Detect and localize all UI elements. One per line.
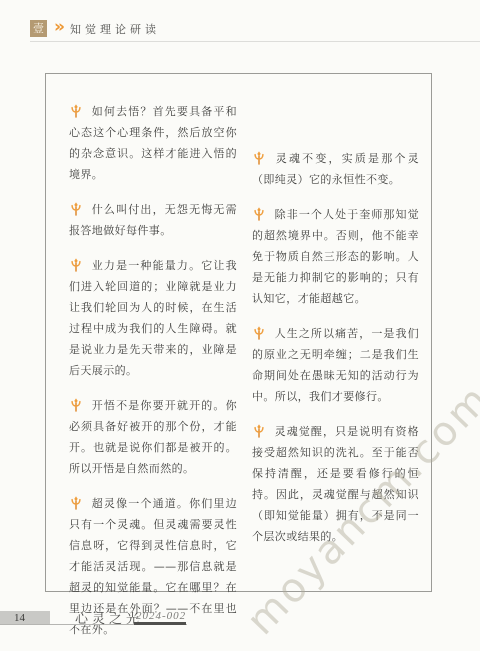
sprout-icon [70, 103, 82, 118]
paragraph-text: 如何去悟？首先要具备平和心态这个心理条件，然后放空你的杂念意识。这样才能进入悟的… [69, 105, 237, 181]
paragraph: 灵魂不变，实质是那个灵（即纯灵）它的永恒性不变。 [252, 148, 419, 190]
sprout-icon [253, 423, 265, 438]
content-frame: 如何去悟？首先要具备平和心态这个心理条件，然后放空你的杂念意识。这样才能进入悟的… [45, 73, 432, 592]
paragraph: 开悟不是你要开就开的。你必须具备好被开的那个份，才能开。也就是说你们都是被开的。… [69, 395, 237, 479]
sprout-icon [253, 325, 265, 340]
paragraph: 灵魂觉醒，只是说明有资格接受超然知识的洗礼。至于能否保持清醒，还是要看修行的恒持… [252, 421, 419, 547]
paragraph-text: 灵魂觉醒，只是说明有资格接受超然知识的洗礼。至于能否保持清醒，还是要看修行的恒持… [252, 425, 419, 543]
double-chevron-icon: » [54, 19, 63, 36]
left-column: 如何去悟？首先要具备平和心态这个心理条件，然后放空你的杂念意识。这样才能进入悟的… [69, 101, 237, 591]
paragraph-text: 业力是一种能量力。它让我们进入轮回道的；业障就是业力让我们轮回为人的时候，在生活… [69, 259, 237, 377]
issue-number: 2024-002 [136, 610, 186, 622]
sprout-icon [70, 201, 82, 216]
page-number-bar [0, 611, 50, 625]
sprout-icon [70, 495, 82, 510]
page-number: 14 [14, 611, 25, 625]
paragraph-text: 除非一个人处于奎师那知觉的超然境界中。否则，他不能幸免于物质自然三形态的影响。人… [252, 208, 419, 305]
paragraph: 如何去悟？首先要具备平和心态这个心理条件，然后放空你的杂念意识。这样才能进入悟的… [69, 101, 237, 185]
paragraph-text: 什么叫付出，无怨无悔无需报答地做好每件事。 [69, 203, 237, 237]
header-divider [30, 41, 480, 42]
page-header: 壹 » 知觉理论研读 [30, 20, 160, 37]
issue-underline [134, 622, 186, 625]
chapter-number-badge: 壹 [30, 20, 47, 37]
sprout-icon [70, 397, 82, 412]
series-title: 心灵之光 [75, 608, 143, 627]
section-title: 知觉理论研读 [70, 21, 160, 37]
sprout-icon [253, 150, 265, 165]
paragraph-text: 人生之所以痛苦，一是我们的原业之无明牵缠；二是我们生命期间处在愚昧无知的活动行为… [252, 327, 419, 403]
paragraph: 业力是一种能量力。它让我们进入轮回道的；业障就是业力让我们轮回为人的时候，在生活… [69, 255, 237, 381]
right-column: 灵魂不变，实质是那个灵（即纯灵）它的永恒性不变。 除非一个人处于奎师那知觉的超然… [252, 101, 419, 591]
paragraph: 人生之所以痛苦，一是我们的原业之无明牵缠；二是我们生命期间处在愚昧无知的活动行为… [252, 323, 419, 407]
paragraph: 除非一个人处于奎师那知觉的超然境界中。否则，他不能幸免于物质自然三形态的影响。人… [252, 204, 419, 309]
paragraph: 什么叫付出，无怨无悔无需报答地做好每件事。 [69, 199, 237, 241]
paragraph-text: 灵魂不变，实质是那个灵（即纯灵）它的永恒性不变。 [252, 152, 419, 186]
paragraph-text: 开悟不是你要开就开的。你必须具备好被开的那个份，才能开。也就是说你们都是被开的。… [69, 399, 237, 475]
sprout-icon [70, 257, 82, 272]
sprout-icon [253, 206, 265, 221]
